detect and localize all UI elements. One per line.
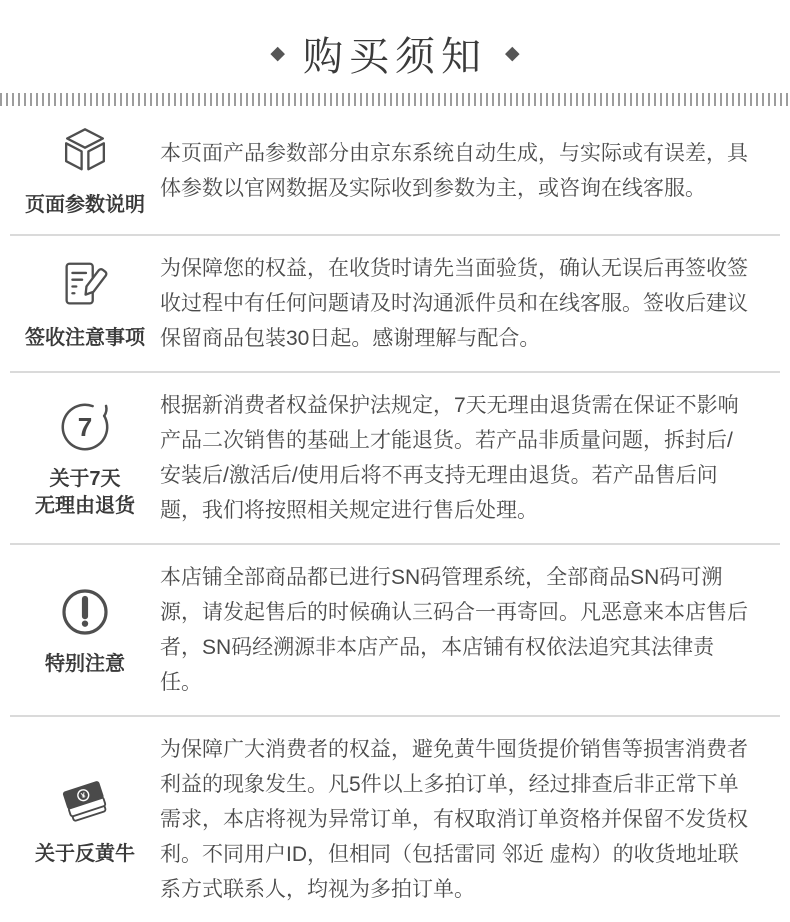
cube-icon: [55, 123, 115, 183]
purchase-notice-page: ◆ 购买须知 ◆ 页面参数说明 本页: [0, 0, 790, 922]
title-row: ◆ 购买须知 ◆: [0, 26, 790, 80]
diamond-right-icon: ◆: [505, 44, 520, 63]
section-icon-column: 特别注意: [10, 582, 160, 678]
seven-digit: 7: [78, 412, 93, 442]
section-sign-receipt: 签收注意事项 为保障您的权益，在收货时请先当面验货，确认无误后再签收签收过程中有…: [10, 236, 780, 373]
section-label: 特别注意: [45, 651, 125, 678]
section-special-notice: 特别注意 本店铺全部商品都已进行SN码管理系统，全部商品SN码可溯源，请发起售后…: [10, 545, 780, 717]
section-text: 为保障广大消费者的权益，避免黄牛囤货提价销售等损害消费者利益的现象发生。凡5件以…: [160, 732, 780, 907]
section-icon-column: 7 关于7天 无理由退货: [10, 397, 160, 520]
header: ◆ 购买须知 ◆: [0, 0, 790, 106]
tick-pattern-divider: [0, 93, 790, 106]
return-7-days-icon: 7: [55, 397, 115, 457]
section-text: 本页面产品参数部分由京东系统自动生成，与实际或有误差，具体参数以官网数据及实际收…: [160, 136, 780, 206]
section-seven-day-return: 7 关于7天 无理由退货 根据新消费者权益保护法规定，7天无理由退货需在保证不影…: [10, 373, 780, 545]
section-text: 为保障您的权益，在收货时请先当面验货，确认无误后再签收签收过程中有任何问题请及时…: [160, 251, 780, 356]
page-title: 购买须知: [303, 25, 487, 82]
diamond-left-icon: ◆: [270, 44, 285, 63]
section-text: 根据新消费者权益保护法规定，7天无理由退货需在保证不影响产品二次销售的基础上才能…: [160, 388, 780, 528]
section-icon-column: ¥ 关于反黄牛: [10, 772, 160, 868]
section-label: 关于7天 无理由退货: [35, 466, 135, 520]
exclamation-circle-icon: [55, 582, 115, 642]
section-page-params: 页面参数说明 本页面产品参数部分由京东系统自动生成，与实际或有误差，具体参数以官…: [10, 108, 780, 236]
banknotes-icon: ¥: [55, 772, 115, 832]
section-anti-scalper: ¥ 关于反黄牛 为保障广大消费者的权益，避免黄牛囤货提价销售等损害消费者利益的现…: [10, 717, 780, 922]
section-label: 签收注意事项: [25, 325, 145, 352]
notice-sections: 页面参数说明 本页面产品参数部分由京东系统自动生成，与实际或有误差，具体参数以官…: [0, 106, 790, 922]
section-icon-column: 页面参数说明: [10, 123, 160, 219]
document-edit-icon: [55, 256, 115, 316]
section-text: 本店铺全部商品都已进行SN码管理系统，全部商品SN码可溯源，请发起售后的时候确认…: [160, 560, 780, 700]
section-icon-column: 签收注意事项: [10, 256, 160, 352]
section-label: 关于反黄牛: [35, 841, 135, 868]
section-label: 页面参数说明: [25, 192, 145, 219]
